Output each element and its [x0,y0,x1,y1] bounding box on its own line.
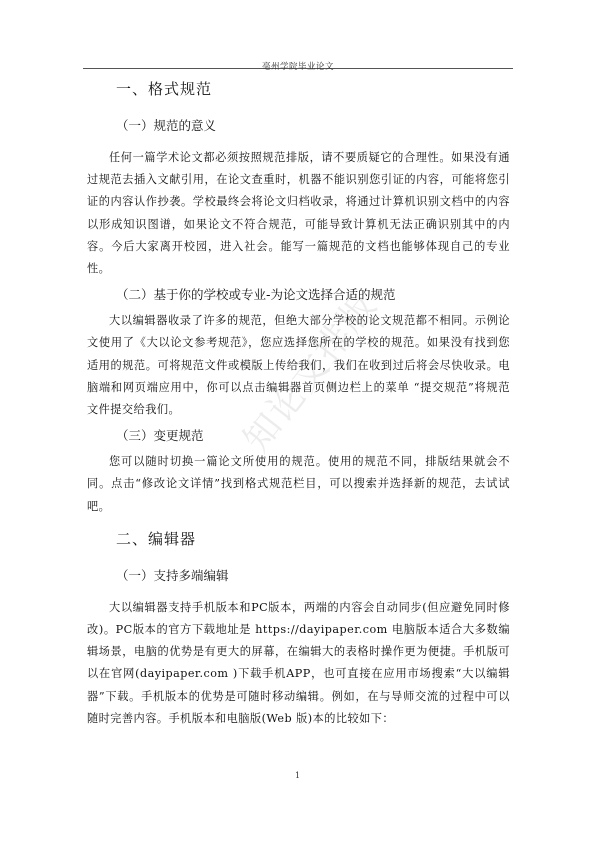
page-header: 亳州学院毕业论文 [83,54,513,69]
subsection-heading-choose-spec: （二）基于你的学校或专业-为论文选择合适的规范 [87,280,510,310]
paragraph-change-spec: 您可以随时切换一篇论文所使用的规范。使用的规范不同，排版结果就会不同。点击“修改… [87,451,510,518]
page-number: 1 [0,771,595,780]
paragraph-meaning: 任何一篇学术论文都必须按照规范排版，请不要质疑它的合理性。如果没有通过规范去插入… [87,147,510,280]
subsection-heading-change-spec: （三）变更规范 [87,421,510,451]
header-title: 亳州学院毕业论文 [262,61,334,73]
paragraph-multi-device: 大以编辑器支持手机版本和PC版本，两端的内容会自动同步(但应避免同时修改)。PC… [87,597,510,730]
paragraph-choose-spec: 大以编辑器收录了许多的规范，但绝大部分学校的论文规范都不相同。示例论文使用了《大… [87,310,510,421]
section-heading-format-spec: 一、格式规范 [87,74,510,105]
document-body: 一、格式规范 （一）规范的意义 任何一篇学术论文都必须按照规范排版，请不要质疑它… [87,74,510,730]
subsection-heading-meaning: （一）规范的意义 [87,111,510,141]
subsection-heading-multi-device: （一）支持多端编辑 [87,561,510,591]
section-heading-editor: 二、编辑器 [87,524,510,555]
